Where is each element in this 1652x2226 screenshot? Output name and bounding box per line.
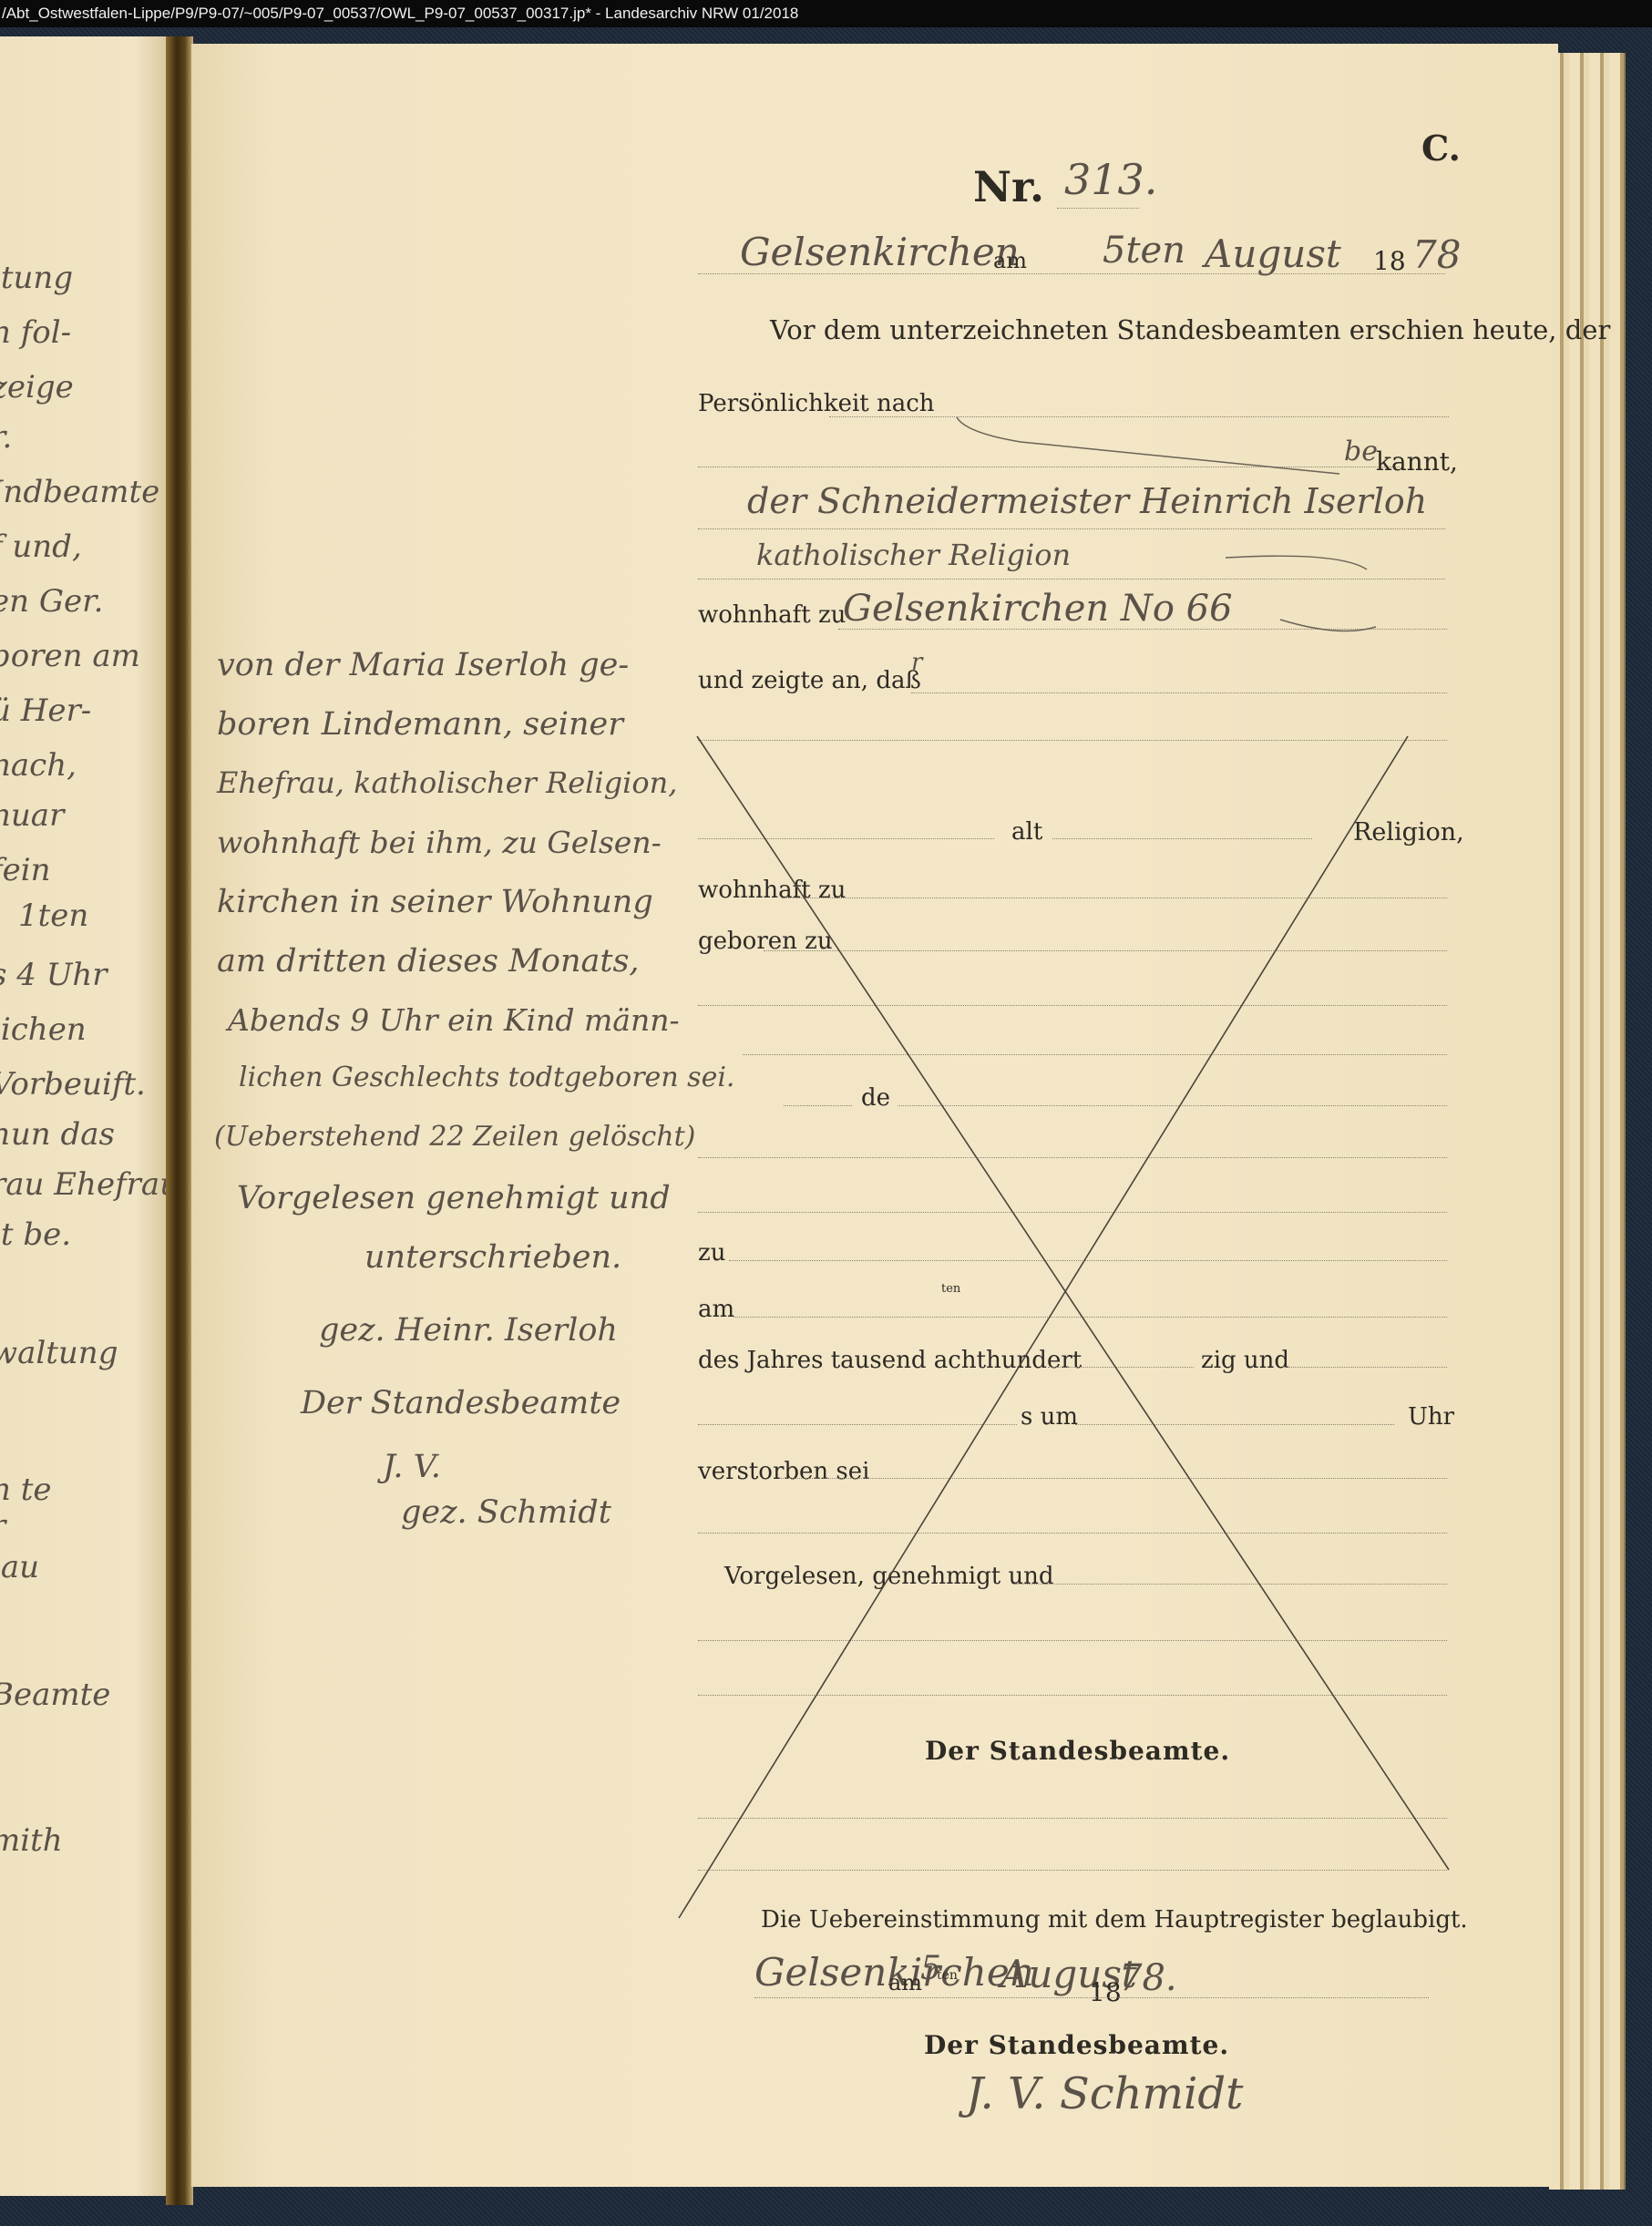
- certification-statement: Die Uebereinstimmung mit dem Hauptregist…: [761, 1906, 1468, 1934]
- margin-note-line: am dritten dieses Monats,: [217, 943, 640, 980]
- margin-note-line: lichen Geschlechts todtgeboren sei.: [239, 1062, 734, 1093]
- certification-year-prefix: 18: [1089, 1977, 1122, 2007]
- margin-note-officer-label: Der Standesbeamte: [301, 1385, 621, 1421]
- margin-note-line: boren Lindemann, seiner: [217, 706, 623, 743]
- margin-note-line: kirchen in seiner Wohnung: [217, 884, 653, 920]
- margin-note-signature-declarant: gez. Heinr. Iserloh: [319, 1312, 618, 1349]
- margin-note-line: unterschrieben.: [364, 1239, 621, 1276]
- certification-am: am: [888, 1970, 922, 1995]
- margin-note-line: von der Maria Iserloh ge-: [217, 647, 629, 683]
- certification-signature: J. V. Schmidt: [966, 2068, 1243, 2119]
- margin-note-signature-officer: gez. Schmidt: [401, 1494, 611, 1531]
- margin-note-jv: J. V.: [383, 1449, 441, 1485]
- margin-note-line: Abends 9 Uhr ein Kind männ-: [228, 1002, 680, 1038]
- certification-officer-label: Der Standesbeamte.: [924, 2030, 1229, 2060]
- margin-note-line: wohnhaft bei ihm, zu Gelsen-: [217, 825, 662, 860]
- dotted-line: [754, 1997, 1429, 1998]
- margin-note-line: Ehefrau, katholischer Religion,: [217, 765, 677, 800]
- margin-note-line: Vorgelesen genehmigt und: [237, 1180, 671, 1216]
- certification-year-suffix: 78.: [1119, 1957, 1177, 1999]
- certification-ten: ten: [937, 1968, 958, 1983]
- margin-note-line: (Ueberstehend 22 Zeilen gelöscht): [214, 1121, 695, 1153]
- strike-through-cross: [0, 0, 1652, 2226]
